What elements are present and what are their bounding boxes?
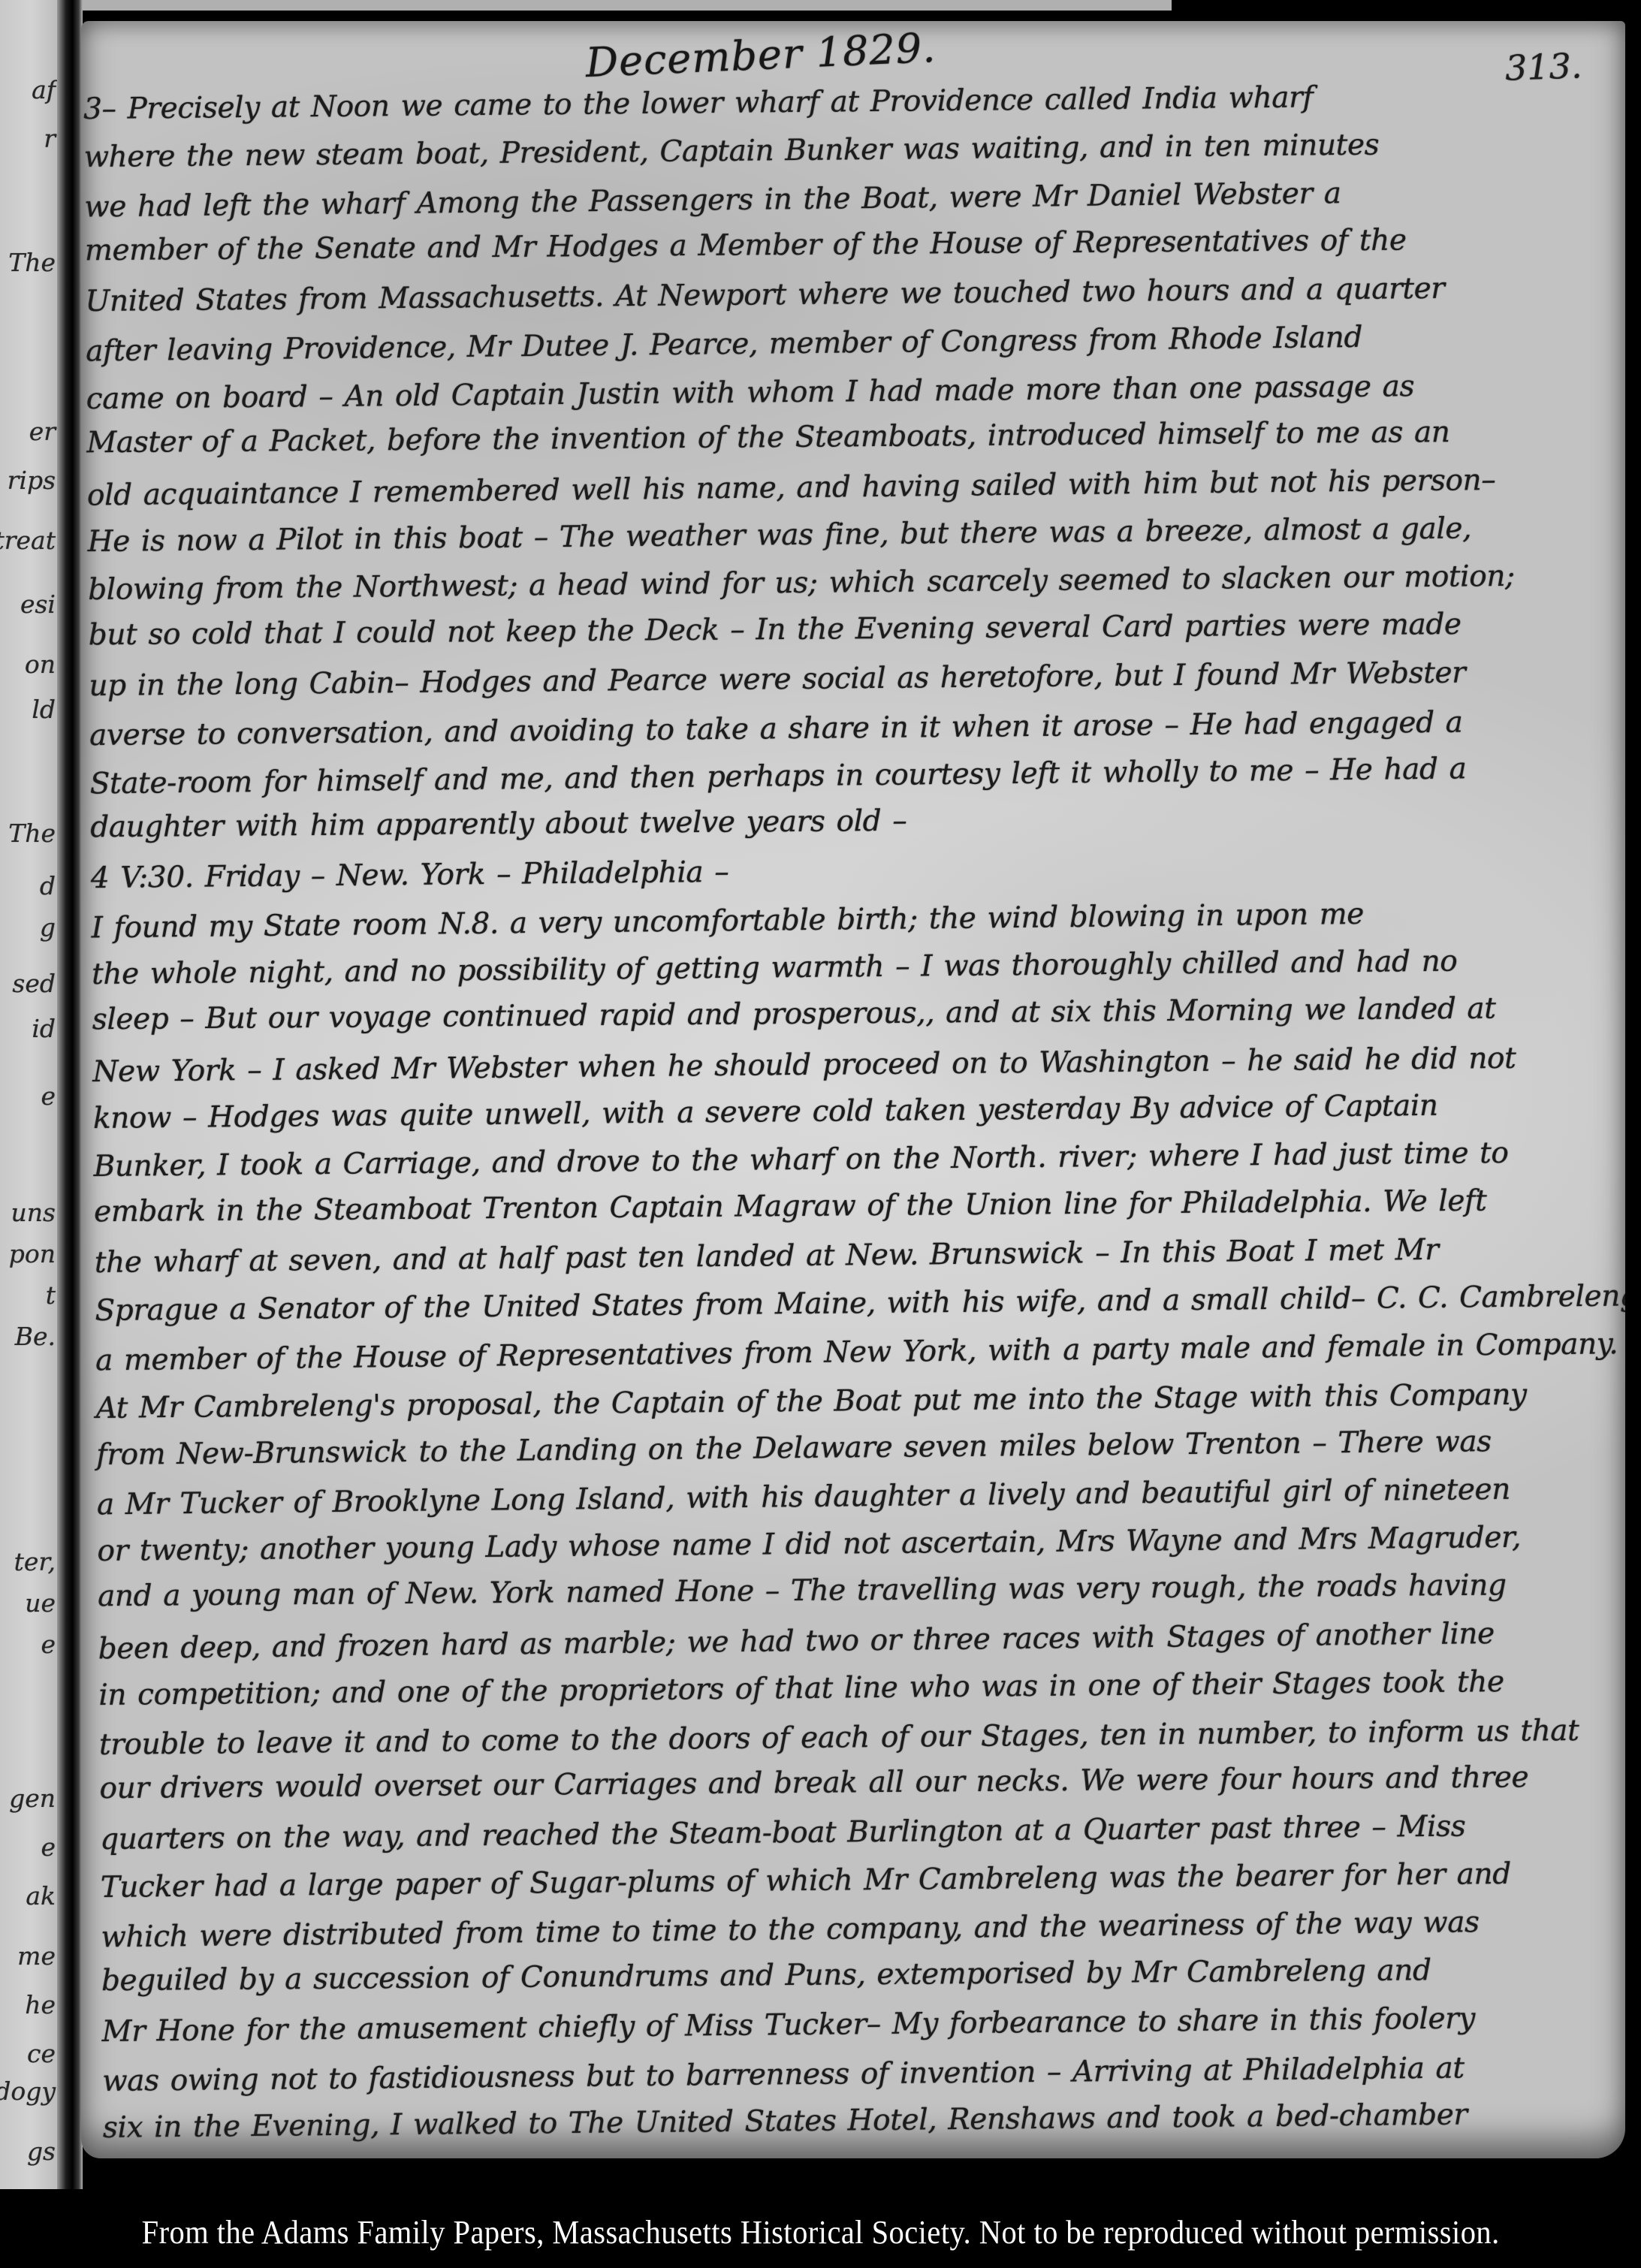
margin-fragment: d [40,871,56,900]
header-date: December 1829. [584,24,937,86]
facing-page-strip: afrTheerripstreatesionldThedgsedideunspo… [0,0,57,2189]
margin-fragment: on [25,650,56,679]
margin-fragment: gen [9,1784,56,1813]
margin-fragment: he [25,1990,56,2019]
margin-fragment: sed [12,969,56,998]
margin-fragment: Be. [15,1322,56,1351]
margin-fragment: af [32,75,56,104]
margin-fragment: e [41,1832,56,1862]
margin-fragment: er [29,417,56,446]
margin-fragment: e [41,1630,56,1659]
margin-fragment: me [17,1941,56,1971]
margin-fragment: The [8,248,56,277]
margin-fragment: dogy [0,2076,56,2106]
margin-fragment: gs [27,2137,56,2166]
footer-credit-bar: From the Adams Family Papers, Massachuse… [0,2197,1641,2268]
margin-fragment: t [46,1280,56,1310]
margin-fragment: uns [11,1198,56,1227]
manuscript-text: 3– Precisely at Noon we came to the lowe… [83,71,1625,2152]
scan-top-edge [0,0,1172,11]
binding-gutter-shadow [57,0,83,2189]
margin-fragment: ue [25,1588,56,1618]
margin-fragment: r [44,124,56,153]
margin-fragment: ter, [14,1547,56,1576]
margin-fragment: rips [8,466,56,495]
manuscript-scan: afrTheerripstreatesionldThedgsedideunspo… [0,0,1641,2268]
margin-fragment: pon [9,1239,56,1268]
margin-fragment: ce [27,2039,56,2068]
margin-fragment: g [40,912,56,942]
margin-fragment: id [32,1014,56,1043]
margin-fragment: e [41,1081,56,1111]
margin-fragment: ak [26,1881,56,1911]
margin-fragment: treat [0,526,56,555]
margin-fragment: ld [32,695,56,724]
margin-fragment: The [8,819,56,848]
diary-page: December 1829. 313. 3– Precisely at Noon… [81,21,1625,2158]
margin-fragment: esi [20,590,56,619]
footer-credit-text: From the Adams Family Papers, Massachuse… [141,2213,1499,2251]
